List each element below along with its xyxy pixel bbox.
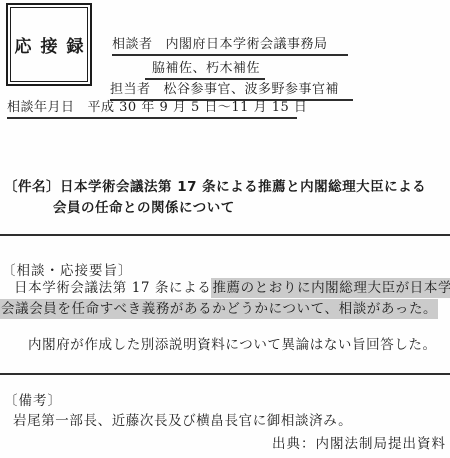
- source-attribution: 出典：内閣法制局提出資料: [272, 432, 446, 452]
- document-title: 応接録: [6, 32, 93, 57]
- summary-text-normal: 日本学術会議法第 17 条による: [14, 280, 211, 296]
- staff-label: 担当者: [110, 82, 151, 97]
- consulter-line: 相談者内閣府日本学術会議事務局: [112, 37, 348, 56]
- consulter-label: 相談者: [112, 37, 153, 52]
- remarks-heading: 〔備考〕: [4, 389, 62, 409]
- subject-line1: 日本学術会議法第 17 条による推薦と内閣総理大臣による: [60, 179, 426, 195]
- title-stamp-box: 応接録: [6, 3, 92, 86]
- section-divider-top: [0, 234, 450, 236]
- staff-line: 担当者松谷参事官、波多野参事官補: [110, 82, 353, 101]
- consultation-date-label: 相談年月日: [7, 100, 75, 115]
- assistants-line: 脇補佐、朽木補佐: [145, 61, 265, 80]
- consultation-date-line: 相談年月日平成 30 年 9 月 5 日～11 月 15 日: [7, 100, 297, 119]
- summary-paragraph2: 内閣府が作成した別添説明資料について異論はない旨回答した。: [28, 337, 437, 354]
- title-stamp-inner-border: 応接録: [10, 7, 88, 82]
- summary-paragraph1-line1: 日本学術会議法第 17 条による推薦のとおりに内閣総理大臣が日本学術: [14, 280, 450, 297]
- staff-value: 松谷参事官、波多野参事官補: [164, 82, 340, 97]
- subject-line2: 会員の任命との関係について: [53, 198, 426, 219]
- subject-label: 〔件名〕: [4, 179, 60, 195]
- summary-heading: 〔相談・応接要旨〕: [2, 259, 133, 279]
- summary-text-highlighted-continued: 会議会員を任命すべき義務があるかどうかについて、相談があった。: [0, 299, 438, 319]
- subject-section: 〔件名〕日本学術会議法第 17 条による推薦と内閣総理大臣による 会員の任命との…: [4, 177, 426, 219]
- consultation-date-value: 平成 30 年 9 月 5 日～11 月 15 日: [88, 100, 308, 115]
- section-divider-bottom: [0, 373, 450, 375]
- summary-text-highlighted: 推薦のとおりに内閣総理大臣が日本学術: [211, 278, 450, 298]
- consulter-value: 内閣府日本学術会議事務局: [166, 37, 328, 52]
- remarks-line: 岩尾第一部長、近藤次長及び横畠長官に御相談済み。: [13, 413, 352, 430]
- summary-paragraph1-line2: 会議会員を任命すべき義務があるかどうかについて、相談があった。: [0, 301, 438, 318]
- scanned-document-page: 応接録 相談者内閣府日本学術会議事務局 脇補佐、朽木補佐 担当者松谷参事官、波多…: [0, 0, 450, 458]
- assistants-value: 脇補佐、朽木補佐: [152, 61, 260, 76]
